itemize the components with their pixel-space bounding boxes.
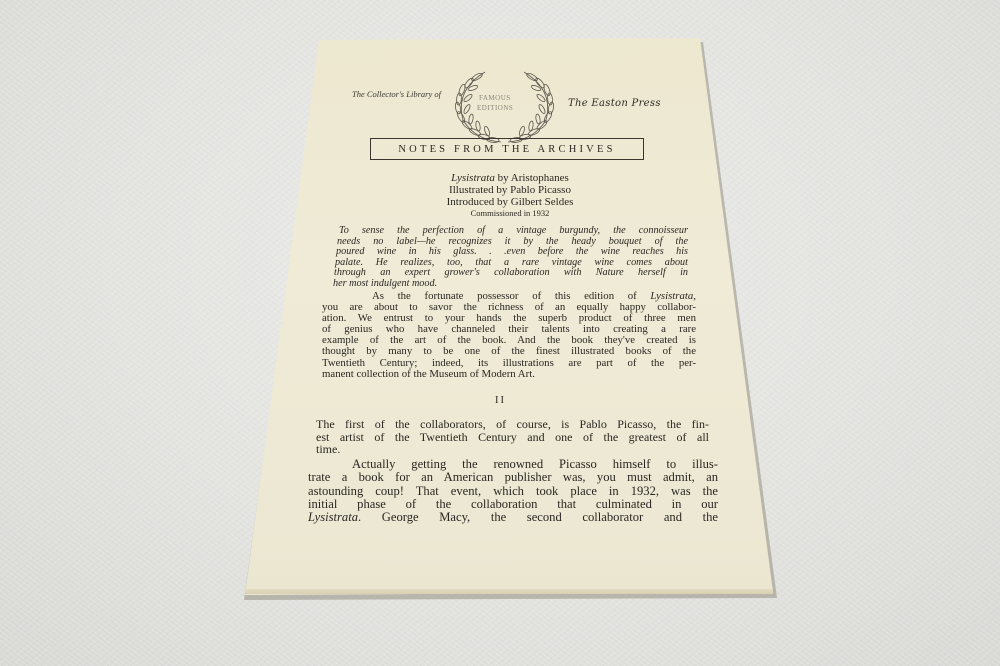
- text-line: To sense the perfection of a vintage bur…: [333, 226, 688, 237]
- book-title: Lysistrata by Aristophanes: [380, 172, 640, 184]
- illustrator-line: Illustrated by Pablo Picasso: [380, 184, 640, 196]
- collectors-library-text: The Collector's Library of: [352, 89, 441, 99]
- paragraph-4: Actually getting the renowned Picasso hi…: [308, 458, 718, 524]
- notes-banner: NOTES FROM THE ARCHIVES: [370, 138, 644, 160]
- emblem-famous-text: FAMOUS: [479, 94, 511, 102]
- paper-bottom-edge: [245, 589, 773, 594]
- introducer-line: Introduced by Gilbert Seldes: [380, 196, 640, 208]
- section-marker: II: [495, 395, 506, 406]
- paragraph-3: The first of the collaborators, of cours…: [316, 418, 709, 456]
- title-italic: Lysistrata: [451, 172, 495, 184]
- emblem-editions-text: EDITIONS: [477, 104, 513, 112]
- commissioned-line: Commissioned in 1932: [380, 208, 640, 218]
- text-line: Twentieth Century; indeed, its illustrat…: [322, 358, 696, 369]
- text-line: time.: [316, 443, 709, 456]
- text-line: trate a book for an American publisher w…: [308, 471, 718, 484]
- paragraph-2: As the fortunate possessor of this editi…: [322, 291, 696, 380]
- text-line: Actually getting the renowned Picasso hi…: [308, 458, 718, 471]
- text-line: her most indulgent mood.: [333, 279, 688, 290]
- intro-paragraph: To sense the perfection of a vintage bur…: [333, 226, 688, 290]
- text-line: Lysistrata. George Macy, the second coll…: [308, 511, 718, 524]
- text-line: manent collection of the Museum of Moder…: [322, 369, 696, 380]
- text-line: thought by many to be one of the finest …: [322, 346, 696, 357]
- text-line: est artist of the Twentieth Century and …: [316, 431, 709, 444]
- text-line: initial phase of the collaboration that …: [308, 498, 718, 511]
- easton-press-logo: The Easton Press: [568, 98, 661, 109]
- text-line: astounding coup! That event, which took …: [308, 485, 718, 498]
- title-author: by Aristophanes: [495, 172, 569, 184]
- text-line: The first of the collaborators, of cours…: [316, 418, 709, 431]
